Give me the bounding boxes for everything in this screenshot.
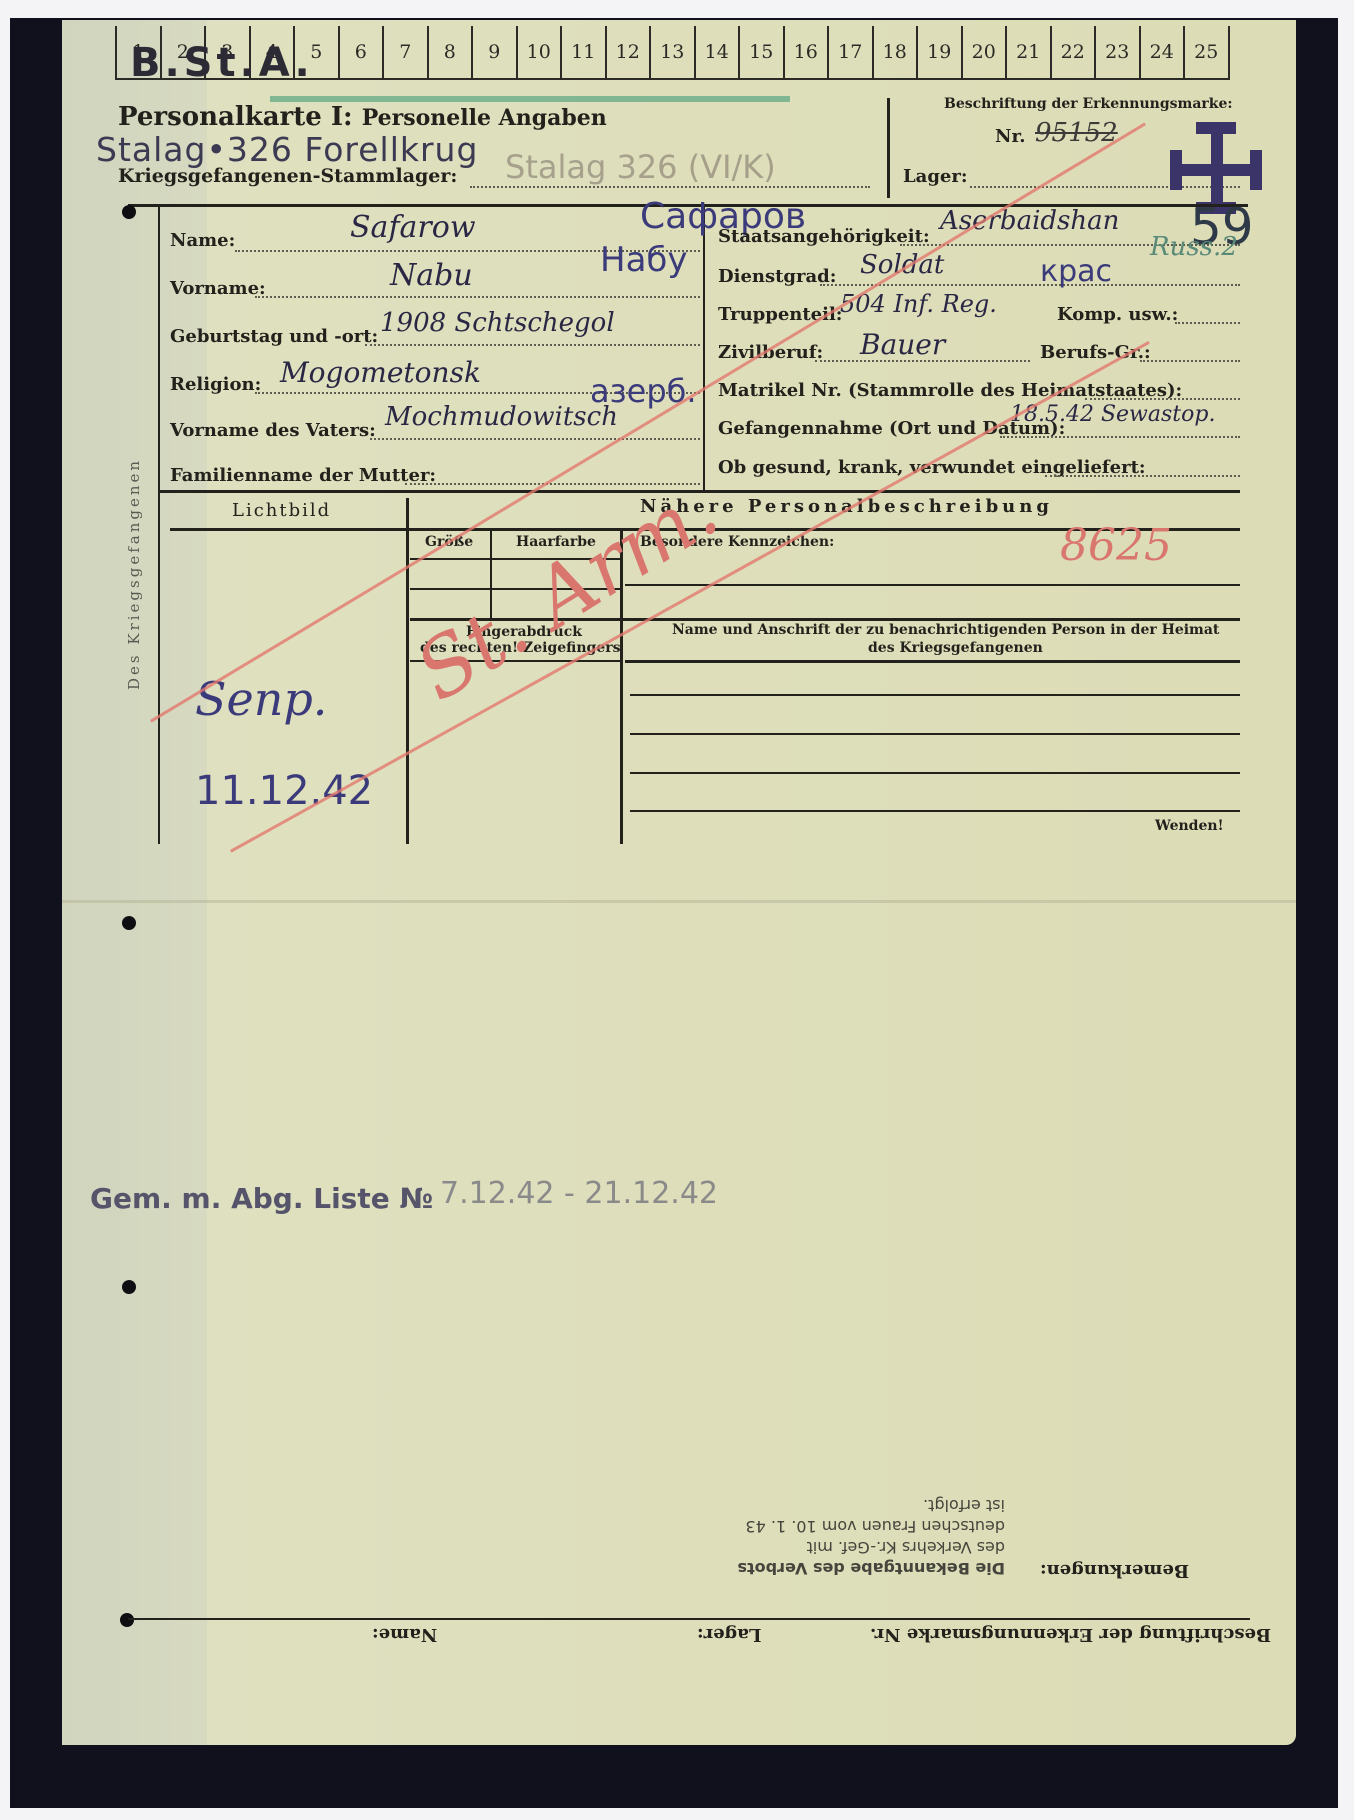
signature-date: 11.12.42 <box>195 768 373 814</box>
geburt-dotted-line <box>365 344 700 346</box>
grid-cell: 18 <box>874 26 919 78</box>
photo-divider <box>406 498 409 844</box>
grid-cell: 12 <box>607 26 652 78</box>
punch-hole <box>122 916 136 930</box>
lichtbild-label: Lichtbild <box>232 500 331 521</box>
punch-hole <box>122 1280 136 1294</box>
kontakt-rule-5 <box>630 810 1240 812</box>
mutter-label: Familienname der Mutter: <box>170 465 436 486</box>
geburt-value: 1908 Schtschegol <box>380 308 615 338</box>
grid-cell: 16 <box>785 26 830 78</box>
kennzeichen-rule <box>625 584 1240 586</box>
staat-label: Staatsangehörigkeit: <box>718 226 930 247</box>
vorname-cyrillic: Набу <box>600 240 688 280</box>
name-label: Name: <box>170 230 235 251</box>
side-label: Des Kriegsgefangenen <box>125 458 143 690</box>
gefangen-value: 18.5.42 Sewastop. <box>1010 402 1215 427</box>
grid-cell: 14 <box>696 26 741 78</box>
stalag-stamp: Stalag•326 Forellkrug <box>96 130 478 169</box>
card-title-sub: Personelle Angaben <box>362 105 607 131</box>
zivil-value: Bauer <box>860 328 945 361</box>
dienstgrad-value: Soldat <box>860 250 944 280</box>
tag-nr-value: 95152 <box>1035 118 1118 148</box>
wenden-label: Wenden! <box>1155 818 1224 834</box>
grid-cell: 10 <box>518 26 563 78</box>
reverse-rule <box>128 1618 1250 1620</box>
grid-cell: 13 <box>651 26 696 78</box>
card-title-main: Personalkarte I: <box>118 102 353 132</box>
reverse-bemerkungen-text: Die Bekanntgabe des Verbots des Verkehrs… <box>705 1495 1005 1579</box>
komp-label: Komp. usw.: <box>1057 304 1178 325</box>
reverse-tag-label: Beschriftung der Erkennungsmarke Nr. <box>870 1624 1271 1645</box>
berufs-label: Berufs-Gr.: <box>1040 342 1151 363</box>
vater-dotted-line <box>370 438 700 440</box>
dienstgrad-note: крас <box>1040 254 1112 289</box>
gesund-dotted-line <box>1045 475 1240 477</box>
gefangen-dotted-line <box>1000 436 1240 438</box>
tag-label: Beschriftung der Erkennungsmarke: <box>944 96 1233 112</box>
red-archive-number: 8625 <box>1060 520 1172 571</box>
berufs-dotted-line <box>1140 360 1240 362</box>
grid-cell: 21 <box>1007 26 1052 78</box>
tag-nr-label: Nr. <box>995 126 1026 147</box>
matrikel-dotted-line <box>1085 398 1240 400</box>
dienstgrad-dotted-line <box>820 284 1240 286</box>
list-stamp-label: Gem. m. Abg. Liste № <box>90 1182 433 1215</box>
grid-cell: 6 <box>340 26 385 78</box>
grid-cell: 15 <box>740 26 785 78</box>
punch-hole <box>122 205 136 219</box>
grid-cell: 19 <box>918 26 963 78</box>
grid-cell: 11 <box>562 26 607 78</box>
vater-value: Mochmudowitsch <box>385 402 618 432</box>
reverse-text-line-3: deutschen Frauen vom 10. 1. 43 <box>705 1516 1005 1537</box>
archive-stamp: B.St.A. <box>130 40 314 86</box>
grid-cell: 20 <box>963 26 1008 78</box>
kontakt-label-1: Name und Anschrift der zu benachrichtige… <box>672 622 1219 638</box>
religion-value: Mogometonsk <box>280 356 481 389</box>
kontakt-rule-2 <box>630 694 1240 696</box>
dienstgrad-label: Dienstgrad: <box>718 266 836 287</box>
grid-cell: 23 <box>1096 26 1141 78</box>
kontakt-rule-4 <box>630 772 1240 774</box>
grid-cell: 7 <box>384 26 429 78</box>
header-divider <box>887 98 890 198</box>
reverse-bemerkungen-label: Bemerkungen: <box>1040 1560 1189 1581</box>
kontakt-rule-1 <box>625 660 1240 663</box>
punch-hole <box>120 1613 134 1627</box>
reverse-text-line-2: des Verkehrs Kr.-Gef. mit <box>705 1537 1005 1558</box>
margin-note: Russ.2 <box>1150 232 1238 262</box>
grid-cell: 17 <box>829 26 874 78</box>
vorname-value: Nabu <box>390 258 473 293</box>
vorname-label: Vorname: <box>170 278 266 299</box>
grid-cell: 22 <box>1052 26 1097 78</box>
vater-label: Vorname des Vaters: <box>170 420 376 441</box>
reverse-lager-label: Lager: <box>697 1624 762 1645</box>
personal-column-divider <box>703 204 705 490</box>
tag-lager-label: Lager: <box>903 166 968 187</box>
left-margin-rule <box>158 204 160 844</box>
name-value: Safarow <box>350 210 476 245</box>
stalag-dotted-line <box>470 186 870 188</box>
reverse-name-label: Name: <box>372 1624 437 1645</box>
vorname-dotted-line <box>255 296 700 298</box>
kontakt-rule-3 <box>630 733 1240 735</box>
kontakt-label-2: des Kriegsgefangenen <box>868 640 1043 656</box>
reverse-text-line-4: ist erfolgt. <box>705 1495 1005 1516</box>
reverse-text-line-1: Die Bekanntgabe des Verbots <box>705 1558 1005 1579</box>
stalag-handwritten: Stalag 326 (VI/K) <box>505 148 776 186</box>
grid-cell: 24 <box>1141 26 1186 78</box>
card-title: Personalkarte I: Personelle Angaben <box>118 102 607 132</box>
komp-dotted-line <box>1175 322 1240 324</box>
zivil-label: Zivilberuf: <box>718 342 823 363</box>
fold-line <box>62 900 1296 903</box>
grid-cell: 8 <box>429 26 474 78</box>
list-stamp-value: 7.12.42 - 21.12.42 <box>440 1176 718 1211</box>
stalag-label: Kriegsgefangenen-Stammlager: <box>118 165 457 187</box>
geburt-label: Geburtstag und -ort: <box>170 326 378 347</box>
grid-cell: 9 <box>473 26 518 78</box>
grid-cell: 25 <box>1185 26 1230 78</box>
religion-label: Religion: <box>170 374 261 395</box>
